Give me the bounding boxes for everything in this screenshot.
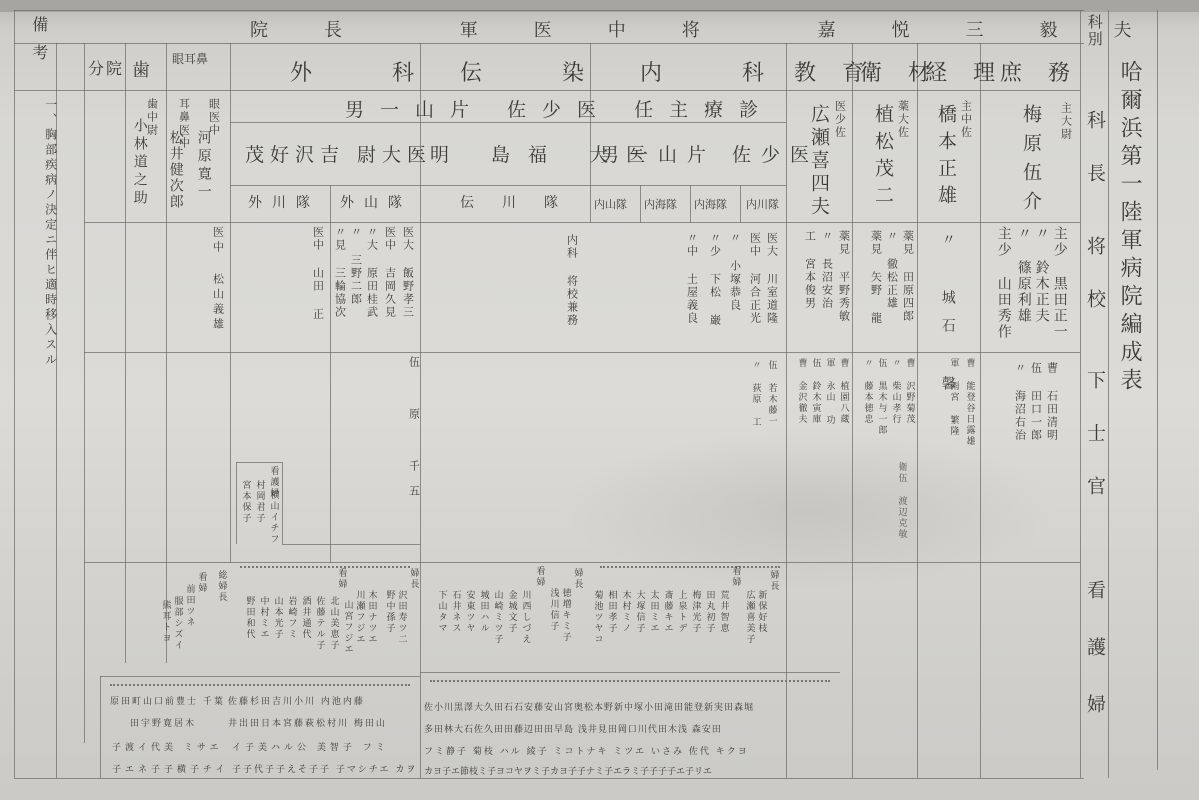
eizai-rank: 薬大佐: [897, 100, 909, 139]
border-left: [14, 10, 15, 778]
densen-officer: 内科 将校兼務: [566, 234, 578, 327]
nurse-name: 川西しづえ: [520, 590, 529, 645]
border-top: [14, 10, 1084, 11]
header-biko: 備考: [30, 16, 47, 72]
nurse-name: 野中孫子: [384, 590, 393, 634]
kyoiku-officer: 〃 長沼安治: [821, 230, 833, 310]
geka-officer: 医中 吉岡久見: [384, 226, 396, 319]
col-kabetsu: [1108, 10, 1109, 778]
nurse-name: 田丸初子: [704, 590, 713, 634]
nurse-name: 太田ミエ: [648, 590, 657, 634]
keiri-rank: 主中佐: [960, 100, 972, 139]
ward-label: 内海隊: [644, 196, 677, 212]
eizai-officer: 〃 徹松正雄: [886, 230, 898, 310]
kashikan-line: [84, 562, 1080, 563]
eizai-nco: 衛伍 渡辺克敏: [896, 462, 905, 540]
shomu-chief: 梅原伍介: [1020, 104, 1040, 220]
shomu-officer: 〃 篠原利雄: [1016, 226, 1031, 324]
naika-officer: 医大 川室道隆: [766, 232, 778, 325]
shoko-line: [84, 352, 1080, 353]
eizai-nco: 曹 沢野菊茂: [904, 358, 913, 425]
nurse-name: 木田ナツエ: [366, 590, 375, 645]
col-geka-split: [330, 185, 331, 563]
col-bunin: [84, 43, 85, 743]
bottom-row: 田宇野寛居木: [130, 716, 196, 729]
nurse-name: 北山美恵子: [328, 596, 337, 651]
ward-label: 伝川隊: [460, 192, 586, 212]
border-bottom: [14, 778, 1084, 779]
col-kyoiku: [852, 43, 853, 778]
nurse-label: 婦長: [408, 568, 417, 590]
naika-officer: 医中 河合正光: [749, 232, 761, 325]
shomu-nco: 曹 石田清明: [1046, 362, 1058, 442]
nurse-name: 浅川信子: [548, 588, 557, 632]
kacho-line: [84, 222, 1080, 223]
nurse-label: 看婦: [336, 568, 345, 590]
box-left: [236, 462, 237, 544]
dot-row: [430, 680, 830, 682]
nurse-name: 金城文子: [506, 590, 515, 634]
nurse-label: 婦長: [768, 570, 777, 592]
nurse-label: 総婦長: [216, 570, 225, 603]
bottom-box2-top: [420, 672, 840, 673]
kyoiku-nco: 軍 永山 功: [824, 358, 833, 426]
document-sheet: 哈爾浜第一陸軍病院編成表 院長 軍医中将 嘉悦三毅夫 科別 庶務 経理 衛材 教…: [0, 0, 1199, 800]
bottom-row: 子エネ子子横子チイ: [112, 762, 228, 775]
col-ganjibi: [230, 43, 231, 563]
header-naika: 内科: [640, 56, 844, 87]
shomu-officer: 主少 山田秀作: [996, 226, 1011, 340]
header-shi: 歯: [132, 56, 176, 82]
ward-label: 外川隊: [248, 192, 320, 212]
shi-chief: 小林道之助: [132, 118, 147, 208]
keiri-chief: 橋本正雄: [935, 104, 955, 212]
bottom-row: 多田林大石佐久田田藤辺田田早島 浅井見田岡口川代田木浅 森安田: [424, 722, 722, 735]
nurse-name: 川瀬フジエ: [354, 590, 363, 645]
nurse-name: 石井ネス: [450, 590, 459, 634]
nurse-name: 前田ツネ: [184, 584, 193, 628]
bottom-row: 佐小川黒澤大久田石石安藤安山宮奥松本野新中塚小田滝田能登新実田森堀: [424, 700, 754, 713]
col-shomu: [1080, 10, 1081, 778]
nurse-name: 木村ミノ: [620, 590, 629, 634]
shomu-nco: 〃 海沼右治: [1014, 362, 1026, 442]
shomu-nco: 伍 田口一郎: [1030, 362, 1042, 442]
eizai-officer: 薬見 田原四郎: [902, 230, 914, 323]
ward-label: 内海隊: [694, 196, 727, 212]
shi-rank: 歯中尉: [146, 98, 158, 137]
biko-note: 一、胸部疾病ノ決定ニ伴ヒ適時移入スル: [44, 98, 57, 368]
naika-officer: 〃中 土屋義良: [686, 232, 698, 325]
bottom-row: カヨ子エ節枝ミ子ヨコヤヲミ子カヨ子子ナミ子エラミ子子子子エ子リエ: [424, 764, 712, 777]
nurse-name: 野田和代: [244, 596, 253, 640]
kyoiku-nco: 曹 植園八蔵: [838, 358, 847, 425]
ward-label: 内川隊: [746, 196, 779, 212]
shomu-rank: 主大尉: [1060, 102, 1072, 141]
nurse-name: 大塚信子: [634, 590, 643, 634]
header-ganjibi: 眼耳鼻: [172, 50, 208, 67]
ganjibi-officer: 医中 松山義雄: [212, 226, 224, 333]
nurse-name: 荒井智恵: [718, 590, 727, 634]
director-band: 院長 軍医中将 嘉悦三毅夫: [250, 16, 1187, 42]
col-naika-2: [690, 185, 691, 223]
nurse-name: 酒井通代: [300, 596, 309, 640]
nurse-name: 岩崎フミ: [286, 596, 295, 640]
naika-officer: 〃 小塚恭良: [729, 232, 741, 312]
nurse-name: 服部シズイ: [172, 596, 181, 651]
ward-label: 内山隊: [594, 196, 627, 212]
geka-officer: 〃大 原田桂武: [366, 226, 378, 319]
header-line: [14, 90, 1080, 91]
header-geka: 外科: [290, 56, 494, 87]
col-ganjibi-left: [166, 43, 167, 663]
shomu-officer: 主少 黒田正一: [1052, 226, 1067, 340]
nurse-name: 城田ハル: [478, 590, 487, 634]
box-top: [236, 462, 282, 463]
row-label-shoko: 将校: [1084, 236, 1104, 342]
row-label-kashikan: 下士官: [1084, 370, 1104, 529]
geka-officer: 〃見 三輪協次: [334, 226, 346, 319]
keiri-nco: 曹 能登谷日露雄: [964, 358, 973, 447]
col-naika-1: [640, 185, 641, 223]
nurse-name: 斎藤キエ: [662, 590, 671, 634]
naika-nco: 伍 若木藤一: [766, 360, 775, 427]
eizai-nco: 伍 黒木与一郎: [876, 358, 885, 436]
nurse-name: 新保好枝: [756, 590, 765, 634]
nurse-name: 山本光子: [272, 596, 281, 640]
nurse-name: 宮本保子: [240, 480, 249, 524]
nurse-name: 下山タマ: [436, 590, 445, 634]
ward-label: 外山隊: [340, 192, 412, 212]
keiri-nco: 軍 雨宮 繁隆: [948, 358, 957, 437]
dot-row: [600, 566, 780, 568]
nurse-name: 相田孝子: [606, 590, 615, 634]
bottom-row: フミ静子 菊枝 ハル 綾子 ミコトナキ ミツエ いさみ 佐代 キクヨ: [424, 744, 749, 757]
nurse-label: 婦長: [572, 568, 581, 590]
bottom-row: 井出田日本宮藤萩松村川 梅田山: [228, 716, 387, 729]
nurse-name: 沢田寿ツ二: [396, 590, 405, 645]
col-naika-3: [740, 185, 741, 223]
eizai-officer: 薬見 矢野 龍: [870, 230, 882, 325]
eizai-nco: 〃 柴山孝行: [890, 358, 899, 425]
kyoiku-officer: 薬見 平野秀敏: [838, 230, 850, 323]
title-col-right: [1157, 10, 1158, 770]
box-right: [282, 462, 283, 544]
row-label-kangofu: 看護婦: [1084, 580, 1104, 751]
geka-officer: 医中 山田 正: [312, 226, 324, 321]
dot-row: [240, 566, 410, 568]
geka-nco: 伍 原 千五: [408, 356, 420, 510]
shinryo-shunin: 診療主任 医少佐 片山一男: [345, 95, 774, 122]
nurse-name: 佐藤テル子: [314, 596, 323, 651]
shinryo-line: [230, 122, 786, 123]
nurse-name: 中村ミエ: [258, 596, 267, 640]
ganjibi-eye-name: 河原寛一: [196, 130, 211, 202]
nurse-name: 広瀬喜美子: [744, 590, 753, 645]
nurse-name: 梅津光子: [690, 590, 699, 634]
nurse-label: 看婦: [534, 566, 543, 588]
document-title: 哈爾浜第一陸軍病院編成表: [1118, 60, 1141, 396]
bottom-box-left: [100, 676, 101, 778]
geka-officer: 医大 飯野孝三: [402, 226, 414, 319]
nurse-name: 横山イチフ: [268, 490, 277, 545]
header-kabetsu: 科別: [1086, 14, 1102, 48]
nurse-label: 看婦: [196, 572, 205, 594]
nurse-name: 上泉トデ: [676, 590, 685, 634]
shomu-officer: 〃 鈴木正夫: [1034, 226, 1049, 324]
dot-row: [110, 684, 410, 686]
kyoiku-nco: 伍 鈴木寅庫: [810, 358, 819, 425]
bottom-box-top: [100, 676, 420, 677]
nurse-name: 菊池ツヤコ: [592, 590, 601, 645]
col-eizai: [917, 43, 918, 778]
naika-nco: 〃 荻原 工: [750, 360, 759, 428]
nurse-label: 看婦: [730, 566, 739, 588]
band-line: [14, 43, 1084, 44]
nurse-name: 山宮フジエ: [342, 600, 351, 655]
nurse-name: 村岡君子: [254, 480, 263, 524]
kyoiku-rank: 医少佐: [834, 100, 846, 139]
bottom-row: 子子代子子えそ子子 子マシチエ カヲ: [232, 762, 417, 775]
row-label-kacho: 科長: [1084, 110, 1104, 216]
densen-chief: 医大 福島 明: [430, 140, 663, 167]
kyoiku-nco: 曹 金沢徹夫: [796, 358, 805, 425]
nurse-name: 山崎ミツ子: [492, 590, 501, 645]
ganjibi-ent-name: 松井健次郎: [168, 130, 183, 210]
bottom-row: 子渡イ代美 ミサエ: [112, 740, 223, 753]
kyoiku-officer: 工 宮本俊男: [804, 230, 816, 310]
nurse-name: 徳増キミ子: [560, 588, 569, 643]
naika-officer: 〃少 下松 巌: [709, 232, 721, 327]
bottom-row: 佐藤杉田吉川小川 内池内藤: [228, 694, 365, 707]
col-shi: [125, 43, 126, 663]
col-keiri: [980, 43, 981, 778]
bottom-row: イ子美ハル公 美智子 フミ: [232, 740, 389, 753]
geka-officer: 〃 三野二郎: [350, 226, 362, 306]
chief-line: [230, 185, 786, 186]
nurse-name: 熊耳トヨ: [160, 600, 169, 644]
geka-chief: 医大尉 吉沢好茂: [245, 140, 432, 167]
box-bottom: [282, 544, 420, 545]
eizai-chief: 植松茂二: [872, 104, 892, 212]
bottom-row: 原田町山口前豊士 千葉: [110, 694, 225, 707]
nurse-name: 安東ツヤ: [464, 590, 473, 634]
header-bunin: 分院: [88, 56, 124, 79]
eizai-nco: 〃 藤本徳忠: [862, 358, 871, 425]
